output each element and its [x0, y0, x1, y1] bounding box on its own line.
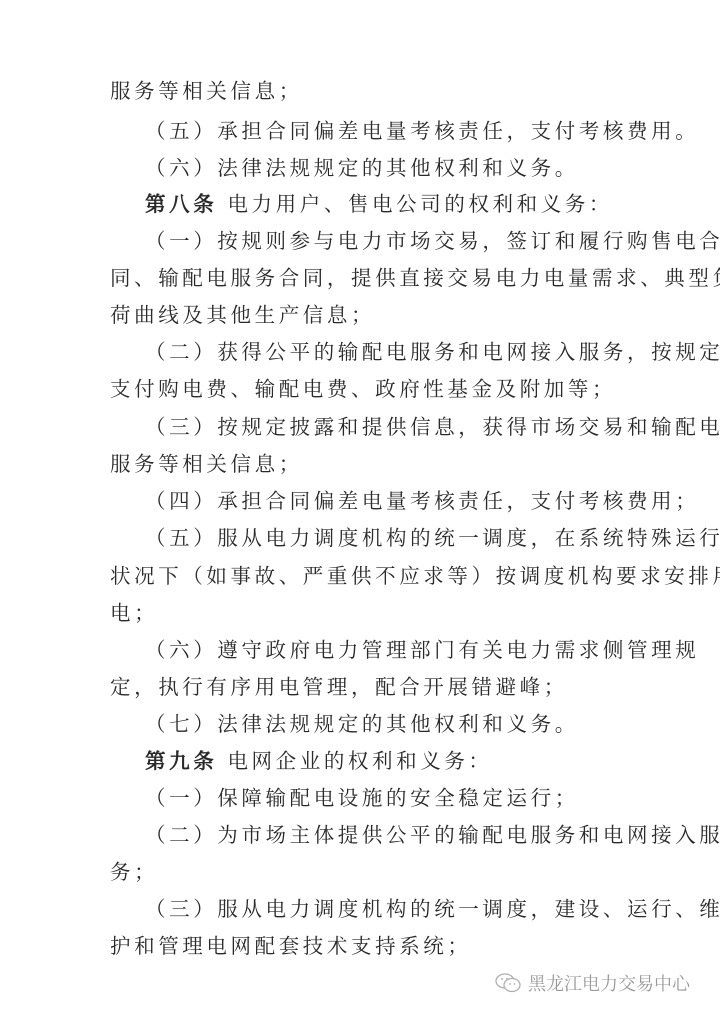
line-text: （五）服从电力调度机构的统一调度，在系统特殊运行	[145, 526, 720, 550]
text-line: 护和管理电网配套技术支持系统；	[110, 932, 472, 960]
watermark-text: 黑龙江电力交易中心	[528, 970, 690, 996]
line-text: 状况下（如事故、严重供不应求等）按调度机构要求安排用	[110, 564, 720, 588]
text-line: （六）遵守政府电力管理部门有关电力需求侧管理规	[145, 636, 699, 664]
article-number: 第九条	[145, 749, 217, 773]
text-line: 定，执行有序用电管理，配合开展错避峰；	[110, 673, 568, 701]
line-text: 服务等相关信息；	[110, 79, 303, 103]
line-text: 电力用户、售电公司的权利和义务：	[227, 192, 613, 216]
line-text: 支付购电费、输配电费、政府性基金及附加等；	[110, 377, 616, 401]
text-line: （七）法律法规规定的其他权利和义务。	[145, 710, 579, 738]
text-line: （三）服从电力调度机构的统一调度，建设、运行、维	[145, 895, 720, 923]
text-line: （一）按规则参与电力市场交易，签订和履行购售电合	[145, 227, 720, 255]
line-text: （六）法律法规规定的其他权利和义务。	[145, 156, 579, 180]
text-line: （六）法律法规规定的其他权利和义务。	[145, 154, 579, 182]
line-text: （四）承担合同偏差电量考核责任，支付考核费用；	[145, 489, 699, 513]
line-text: 荷曲线及其他生产信息；	[110, 303, 375, 327]
line-text: （二）为市场主体提供公平的输配电服务和电网接入服	[145, 823, 720, 847]
line-text: （六）遵守政府电力管理部门有关电力需求侧管理规	[145, 638, 699, 662]
line-text: （七）法律法规规定的其他权利和义务。	[145, 712, 579, 736]
line-text: （一）保障输配电设施的安全稳定运行；	[145, 786, 579, 810]
line-text: 护和管理电网配套技术支持系统；	[110, 934, 472, 958]
line-text: （三）按规定披露和提供信息，获得市场交易和输配电	[145, 415, 720, 439]
text-line: （三）按规定披露和提供信息，获得市场交易和输配电	[145, 413, 720, 441]
text-line: 支付购电费、输配电费、政府性基金及附加等；	[110, 375, 616, 403]
line-text: （五）承担合同偏差电量考核责任，支付考核费用。	[145, 119, 699, 143]
text-line: 服务等相关信息；	[110, 450, 303, 478]
article-heading: 第九条 电网企业的权利和义务：	[145, 747, 493, 775]
article-heading: 第八条 电力用户、售电公司的权利和义务：	[145, 190, 613, 218]
text-line: 状况下（如事故、严重供不应求等）按调度机构要求安排用	[110, 562, 720, 590]
wechat-icon	[494, 972, 522, 994]
text-line: （二）获得公平的输配电服务和电网接入服务，按规定	[145, 338, 720, 366]
line-text: （三）服从电力调度机构的统一调度，建设、运行、维	[145, 897, 720, 921]
line-text: 同、输配电服务合同，提供直接交易电力电量需求、典型负	[110, 266, 720, 290]
text-line: 同、输配电服务合同，提供直接交易电力电量需求、典型负	[110, 264, 720, 292]
text-line: （五）承担合同偏差电量考核责任，支付考核费用。	[145, 117, 699, 145]
line-text: 定，执行有序用电管理，配合开展错避峰；	[110, 675, 568, 699]
text-line: 荷曲线及其他生产信息；	[110, 301, 375, 329]
line-text: 务；	[110, 860, 158, 884]
text-line: 电；	[110, 599, 158, 627]
text-line: （四）承担合同偏差电量考核责任，支付考核费用；	[145, 487, 699, 515]
article-number: 第八条	[145, 192, 217, 216]
line-text: 电网企业的权利和义务：	[227, 749, 492, 773]
text-line: 务；	[110, 858, 158, 886]
text-line: （二）为市场主体提供公平的输配电服务和电网接入服	[145, 821, 720, 849]
page-number: 3	[356, 941, 362, 953]
line-text: 服务等相关信息；	[110, 452, 303, 476]
line-text: （二）获得公平的输配电服务和电网接入服务，按规定	[145, 340, 720, 364]
document-page: 服务等相关信息；（五）承担合同偏差电量考核责任，支付考核费用。（六）法律法规规定…	[0, 0, 720, 1018]
watermark: 黑龙江电力交易中心	[494, 970, 690, 996]
text-line: （五）服从电力调度机构的统一调度，在系统特殊运行	[145, 524, 720, 552]
text-line: （一）保障输配电设施的安全稳定运行；	[145, 784, 579, 812]
line-text: 电；	[110, 601, 158, 625]
text-line: 服务等相关信息；	[110, 77, 303, 105]
line-text: （一）按规则参与电力市场交易，签订和履行购售电合	[145, 229, 720, 253]
